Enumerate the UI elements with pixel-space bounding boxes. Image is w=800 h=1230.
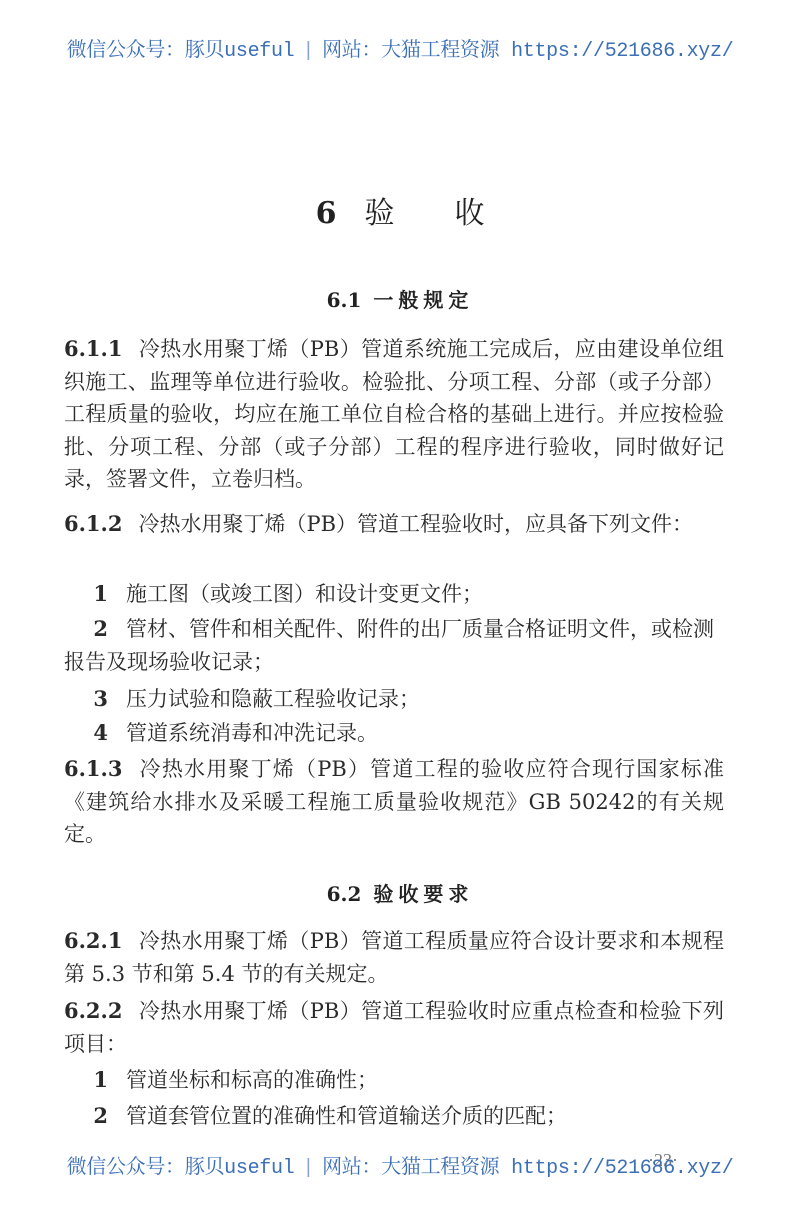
watermark-top: 微信公众号：豚贝useful|网站：大猫工程资源 https://521686.… <box>0 33 800 63</box>
clause-text: 冷热水用聚丁烯（PB）管道工程验收时，应具备下列文件： <box>138 512 693 536</box>
section-title: 6.2验收要求 <box>0 878 800 907</box>
clause-number: 6.2.1 <box>64 928 122 953</box>
watermark-right: 网站：大猫工程资源 https://521686.xyz/ <box>322 40 733 63</box>
list-item-number: 1 <box>64 578 108 611</box>
list-item: 1施工图（或竣工图）和设计变更文件； <box>64 578 724 611</box>
list-item-text: 施工图（或竣工图）和设计变更文件； <box>126 582 483 606</box>
clause-paragraph: 6.1.1冷热水用聚丁烯（PB）管道系统施工完成后，应由建设单位组织施工、监理等… <box>64 333 724 496</box>
section-title: 6.1一般规定 <box>0 284 800 313</box>
list-item: 4管道系统消毒和冲洗记录。 <box>64 717 724 750</box>
clause-text: 冷热水用聚丁烯（PB）管道工程验收时应重点检查和检验下列项目： <box>64 999 724 1056</box>
clause-paragraph: 6.1.2冷热水用聚丁烯（PB）管道工程验收时，应具备下列文件： <box>64 508 724 541</box>
clause-text: 冷热水用聚丁烯（PB）管道工程的验收应符合现行国家标准《建筑给水排水及采暖工程施… <box>64 757 724 846</box>
clause-text: 冷热水用聚丁烯（PB）管道工程质量应符合设计要求和本规程第 5.3 节和第 5.… <box>64 929 724 986</box>
list-item-number: 3 <box>64 683 108 716</box>
clause-paragraph: 6.2.2冷热水用聚丁烯（PB）管道工程验收时应重点检查和检验下列项目： <box>64 995 724 1060</box>
chapter-title: 6验收 <box>0 188 800 232</box>
list-item: 2管道套管位置的准确性和管道输送介质的匹配； <box>64 1100 724 1133</box>
watermark-separator: | <box>302 40 314 63</box>
list-item: 2管材、管件和相关配件、附件的出厂质量合格证明文件，或检测报告及现场验收记录； <box>64 613 724 678</box>
clause-text: 冷热水用聚丁烯（PB）管道系统施工完成后，应由建设单位组织施工、监理等单位进行验… <box>64 337 724 491</box>
watermark-left: 微信公众号：豚贝useful <box>67 1157 295 1180</box>
clause-paragraph: 6.2.1冷热水用聚丁烯（PB）管道工程质量应符合设计要求和本规程第 5.3 节… <box>64 925 724 990</box>
list-item: 1管道坐标和标高的准确性； <box>64 1064 724 1097</box>
section-number: 6.1 <box>327 288 362 312</box>
list-item: 3压力试验和隐蔽工程验收记录； <box>64 683 724 716</box>
list-item-text: 压力试验和隐蔽工程验收记录； <box>126 687 420 711</box>
list-item-text: 管材、管件和相关配件、附件的出厂质量合格证明文件，或检测报告及现场验收记录； <box>64 617 714 674</box>
list-item-text: 管道套管位置的准确性和管道输送介质的匹配； <box>126 1104 567 1128</box>
clause-number: 6.1.1 <box>64 336 122 361</box>
watermark-right: 网站：大猫工程资源 https://521686.xyz/ <box>322 1157 733 1180</box>
clause-number: 6.1.3 <box>64 756 122 781</box>
list-item-number: 1 <box>64 1064 108 1097</box>
chapter-title-char: 验 <box>364 196 454 231</box>
section-number: 6.2 <box>327 882 362 906</box>
chapter-number: 6 <box>316 196 337 231</box>
list-item-number: 2 <box>64 1100 108 1133</box>
watermark-separator: | <box>302 1157 314 1180</box>
list-item-number: 4 <box>64 717 108 750</box>
chapter-title-char: 收 <box>454 196 484 231</box>
clause-number: 6.1.2 <box>64 511 122 536</box>
clause-paragraph: 6.1.3冷热水用聚丁烯（PB）管道工程的验收应符合现行国家标准《建筑给水排水及… <box>64 753 724 851</box>
clause-number: 6.2.2 <box>64 998 122 1023</box>
list-item-text: 管道系统消毒和冲洗记录。 <box>126 721 378 745</box>
watermark-bottom: 微信公众号：豚贝useful|网站：大猫工程资源 https://521686.… <box>0 1150 800 1180</box>
watermark-left: 微信公众号：豚贝useful <box>67 40 295 63</box>
section-heading: 一般规定 <box>373 288 473 312</box>
section-heading: 验收要求 <box>373 882 473 906</box>
list-item-text: 管道坐标和标高的准确性； <box>126 1068 378 1092</box>
